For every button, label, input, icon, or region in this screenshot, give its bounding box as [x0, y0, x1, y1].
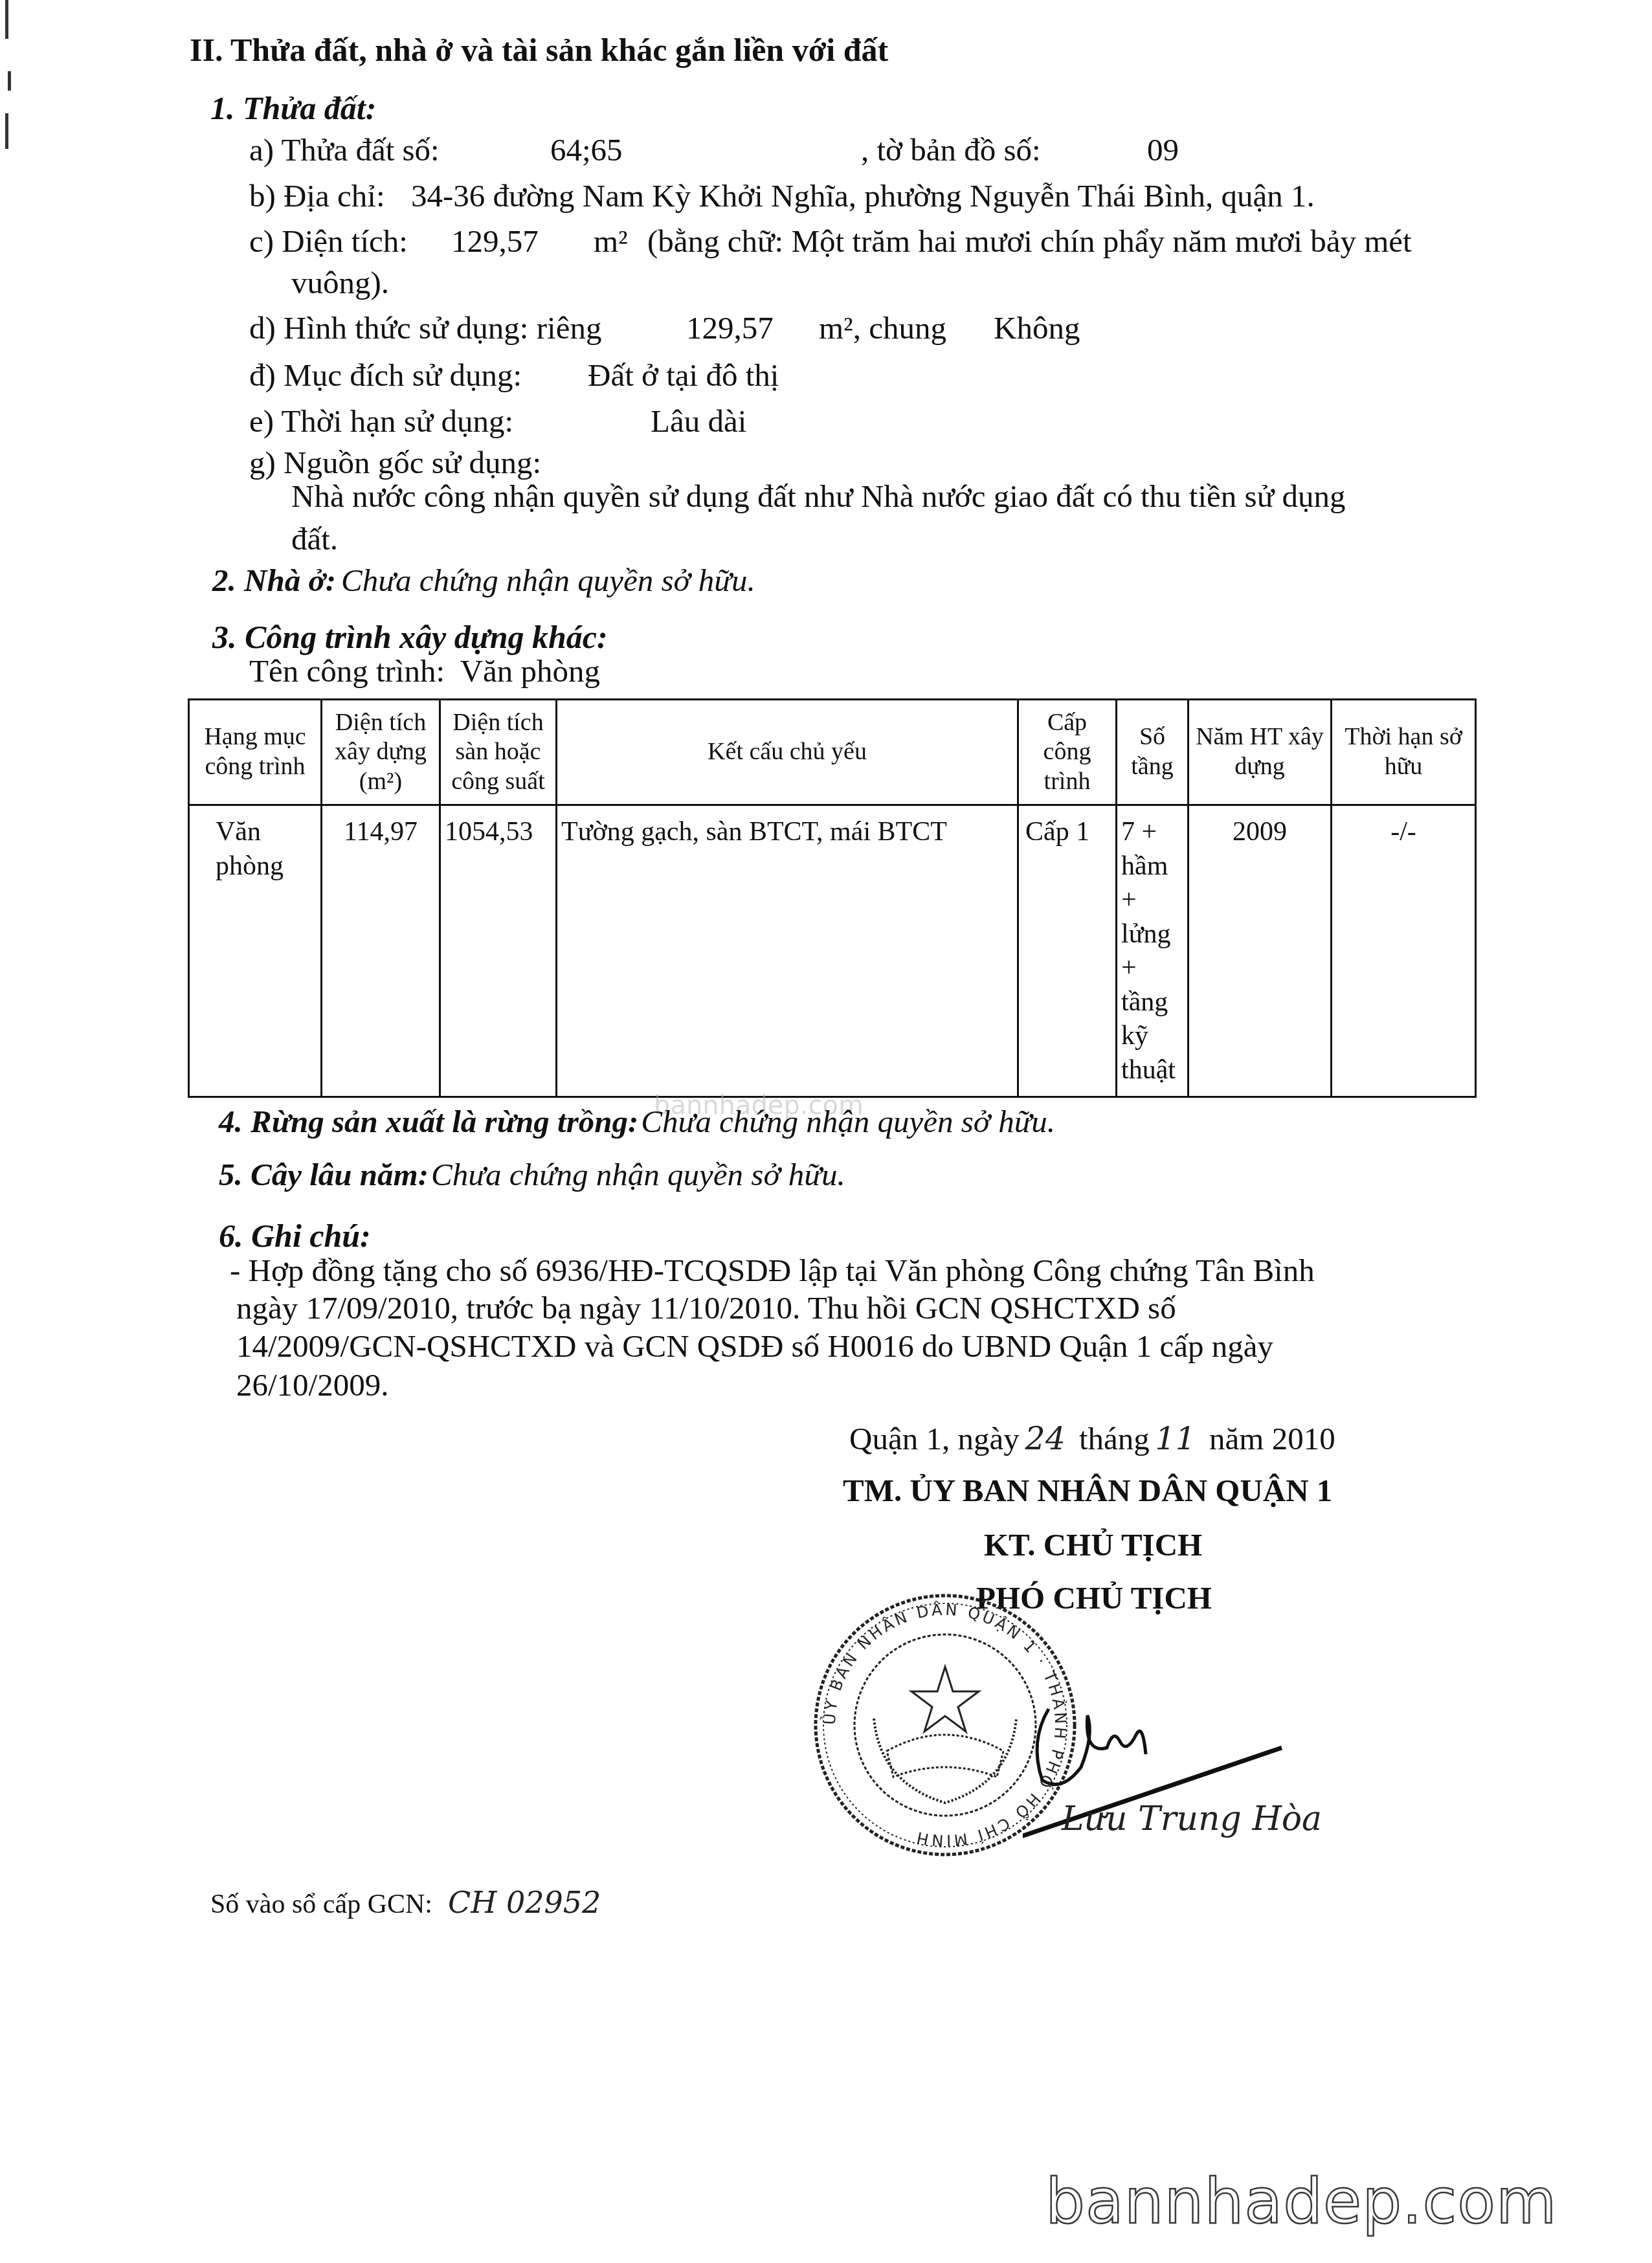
- perennial-value: Chưa chứng nhận quyền sở hữu.: [431, 1157, 845, 1192]
- cell-item: Văn phòng: [189, 805, 322, 1097]
- usage-form-unit: m², chung: [819, 312, 946, 344]
- notes-line-3: 14/2009/GCN-QSHCTXD và GCN QSDĐ số H0016…: [236, 1330, 1273, 1362]
- map-value: 09: [1147, 134, 1179, 166]
- land-heading: 1. Thửa đất:: [210, 89, 376, 127]
- usage-form-shared: Không: [994, 312, 1080, 344]
- perennial-row: 5. Cây lâu năm: Chưa chứng nhận quyền sở…: [219, 1159, 845, 1190]
- sign-year: năm 2010: [1209, 1421, 1335, 1456]
- col-build-area: Diện tích xây dựng (m²): [322, 700, 440, 805]
- col-floor-area: Diện tích sàn hoặc công suất: [440, 700, 557, 805]
- area-label: c) Diện tích:: [249, 225, 408, 257]
- table-row: Văn phòng 114,97 1054,53 Tường gạch, sàn…: [189, 805, 1476, 1097]
- usage-form-label: d) Hình thức sử dụng: riêng: [249, 312, 601, 344]
- map-label: , tờ bản đồ số:: [861, 134, 1041, 166]
- sign-date: Quận 1, ngày24 tháng11 năm 2010: [849, 1423, 1335, 1455]
- works-table-header: Hạng mục công trình Diện tích xây dựng (…: [189, 700, 1476, 805]
- origin-label: g) Nguồn gốc sử dụng:: [249, 447, 541, 478]
- purpose-label: đ) Mục đích sử dụng:: [249, 359, 522, 391]
- registry-label: Số vào sổ cấp GCN:: [210, 1890, 432, 1919]
- sign-month-label: tháng: [1079, 1421, 1150, 1456]
- watermark-bottom: bannhadep.com: [1045, 2165, 1557, 2238]
- notes-line-2: ngày 17/09/2010, trước bạ ngày 11/10/201…: [236, 1292, 1176, 1324]
- sign-day: 24: [1020, 1423, 1071, 1455]
- area-value: 129,57: [451, 225, 539, 257]
- works-name-label: Tên công trình:: [249, 653, 445, 689]
- address-value: 34-36 đường Nam Kỳ Khởi Nghĩa, phường Ng…: [411, 180, 1315, 212]
- cell-ownership-term: -/-: [1332, 805, 1476, 1097]
- col-year: Năm HT xây dựng: [1189, 700, 1332, 805]
- sign-org: TM. ỦY BAN NHÂN DÂN QUẬN 1: [843, 1475, 1332, 1506]
- perennial-heading: 5. Cây lâu năm:: [219, 1157, 429, 1192]
- works-name-row: Tên công trình: Văn phòng: [249, 655, 600, 687]
- scan-edge-marks: [0, 0, 19, 168]
- works-name-value: Văn phòng: [460, 653, 600, 689]
- section-title: II. Thửa đất, nhà ở và tài sản khác gắn …: [190, 31, 888, 69]
- origin-value-cont: đất.: [291, 523, 338, 555]
- col-ownership-term: Thời hạn sở hữu: [1332, 700, 1476, 805]
- col-item: Hạng mục công trình: [189, 700, 322, 805]
- cell-floors: 7 + hầm + lửng + tầng kỹ thuật: [1117, 805, 1189, 1097]
- house-value: Chưa chứng nhận quyền sở hữu.: [341, 563, 755, 598]
- origin-value: Nhà nước công nhận quyền sử dụng đất như…: [291, 480, 1345, 512]
- address-label: b) Địa chỉ:: [249, 180, 385, 212]
- sign-place: Quận 1, ngày: [849, 1421, 1020, 1456]
- house-heading: 2. Nhà ở:: [212, 563, 336, 598]
- house-row: 2. Nhà ở: Chưa chứng nhận quyền sở hữu.: [212, 564, 755, 596]
- cell-structure: Tường gạch, sàn BTCT, mái BTCT: [557, 805, 1018, 1097]
- term-value: Lâu dài: [651, 405, 746, 437]
- col-structure: Kết cấu chủ yếu: [557, 700, 1018, 805]
- area-words-cont: vuông).: [291, 267, 389, 298]
- other-works-heading: 3. Công trình xây dựng khác:: [212, 618, 608, 656]
- forest-row: 4. Rừng sản xuất là rừng trồng: Chưa chứ…: [219, 1106, 1055, 1137]
- purpose-value: Đất ở tại đô thị: [588, 359, 779, 391]
- works-table: Hạng mục công trình Diện tích xây dựng (…: [188, 698, 1477, 1098]
- parcel-value: 64;65: [550, 134, 623, 166]
- cell-year: 2009: [1189, 805, 1332, 1097]
- signer-name: Lưu Trung Hòa: [1062, 1800, 1322, 1838]
- cell-grade: Cấp 1: [1018, 805, 1117, 1097]
- forest-heading: 4. Rừng sản xuất là rừng trồng:: [219, 1104, 638, 1139]
- parcel-label: a) Thửa đất số:: [249, 134, 440, 166]
- forest-value: Chưa chứng nhận quyền sở hữu.: [641, 1104, 1055, 1139]
- registry-row: Số vào sổ cấp GCN: CH 02952: [210, 1885, 601, 1920]
- usage-form-private: 129,57: [686, 312, 774, 344]
- sign-on-behalf: KT. CHỦ TỊCH: [984, 1529, 1202, 1561]
- area-words: (bằng chữ: Một trăm hai mươi chín phẩy n…: [647, 225, 1412, 257]
- cell-build-area: 114,97: [322, 805, 440, 1097]
- registry-value: CH 02952: [448, 1885, 601, 1920]
- notes-line-4: 26/10/2009.: [236, 1369, 388, 1401]
- sign-month: 11: [1150, 1423, 1201, 1455]
- notes-line-1: - Hợp đồng tặng cho số 6936/HĐ-TCQSDĐ lậ…: [230, 1254, 1315, 1286]
- term-label: e) Thời hạn sử dụng:: [249, 405, 513, 437]
- col-floors: Số tầng: [1117, 700, 1189, 805]
- notes-heading: 6. Ghi chú:: [219, 1217, 371, 1254]
- col-grade: Cấp công trình: [1018, 700, 1117, 805]
- area-unit: m²: [594, 225, 628, 257]
- cell-floor-area: 1054,53: [440, 805, 557, 1097]
